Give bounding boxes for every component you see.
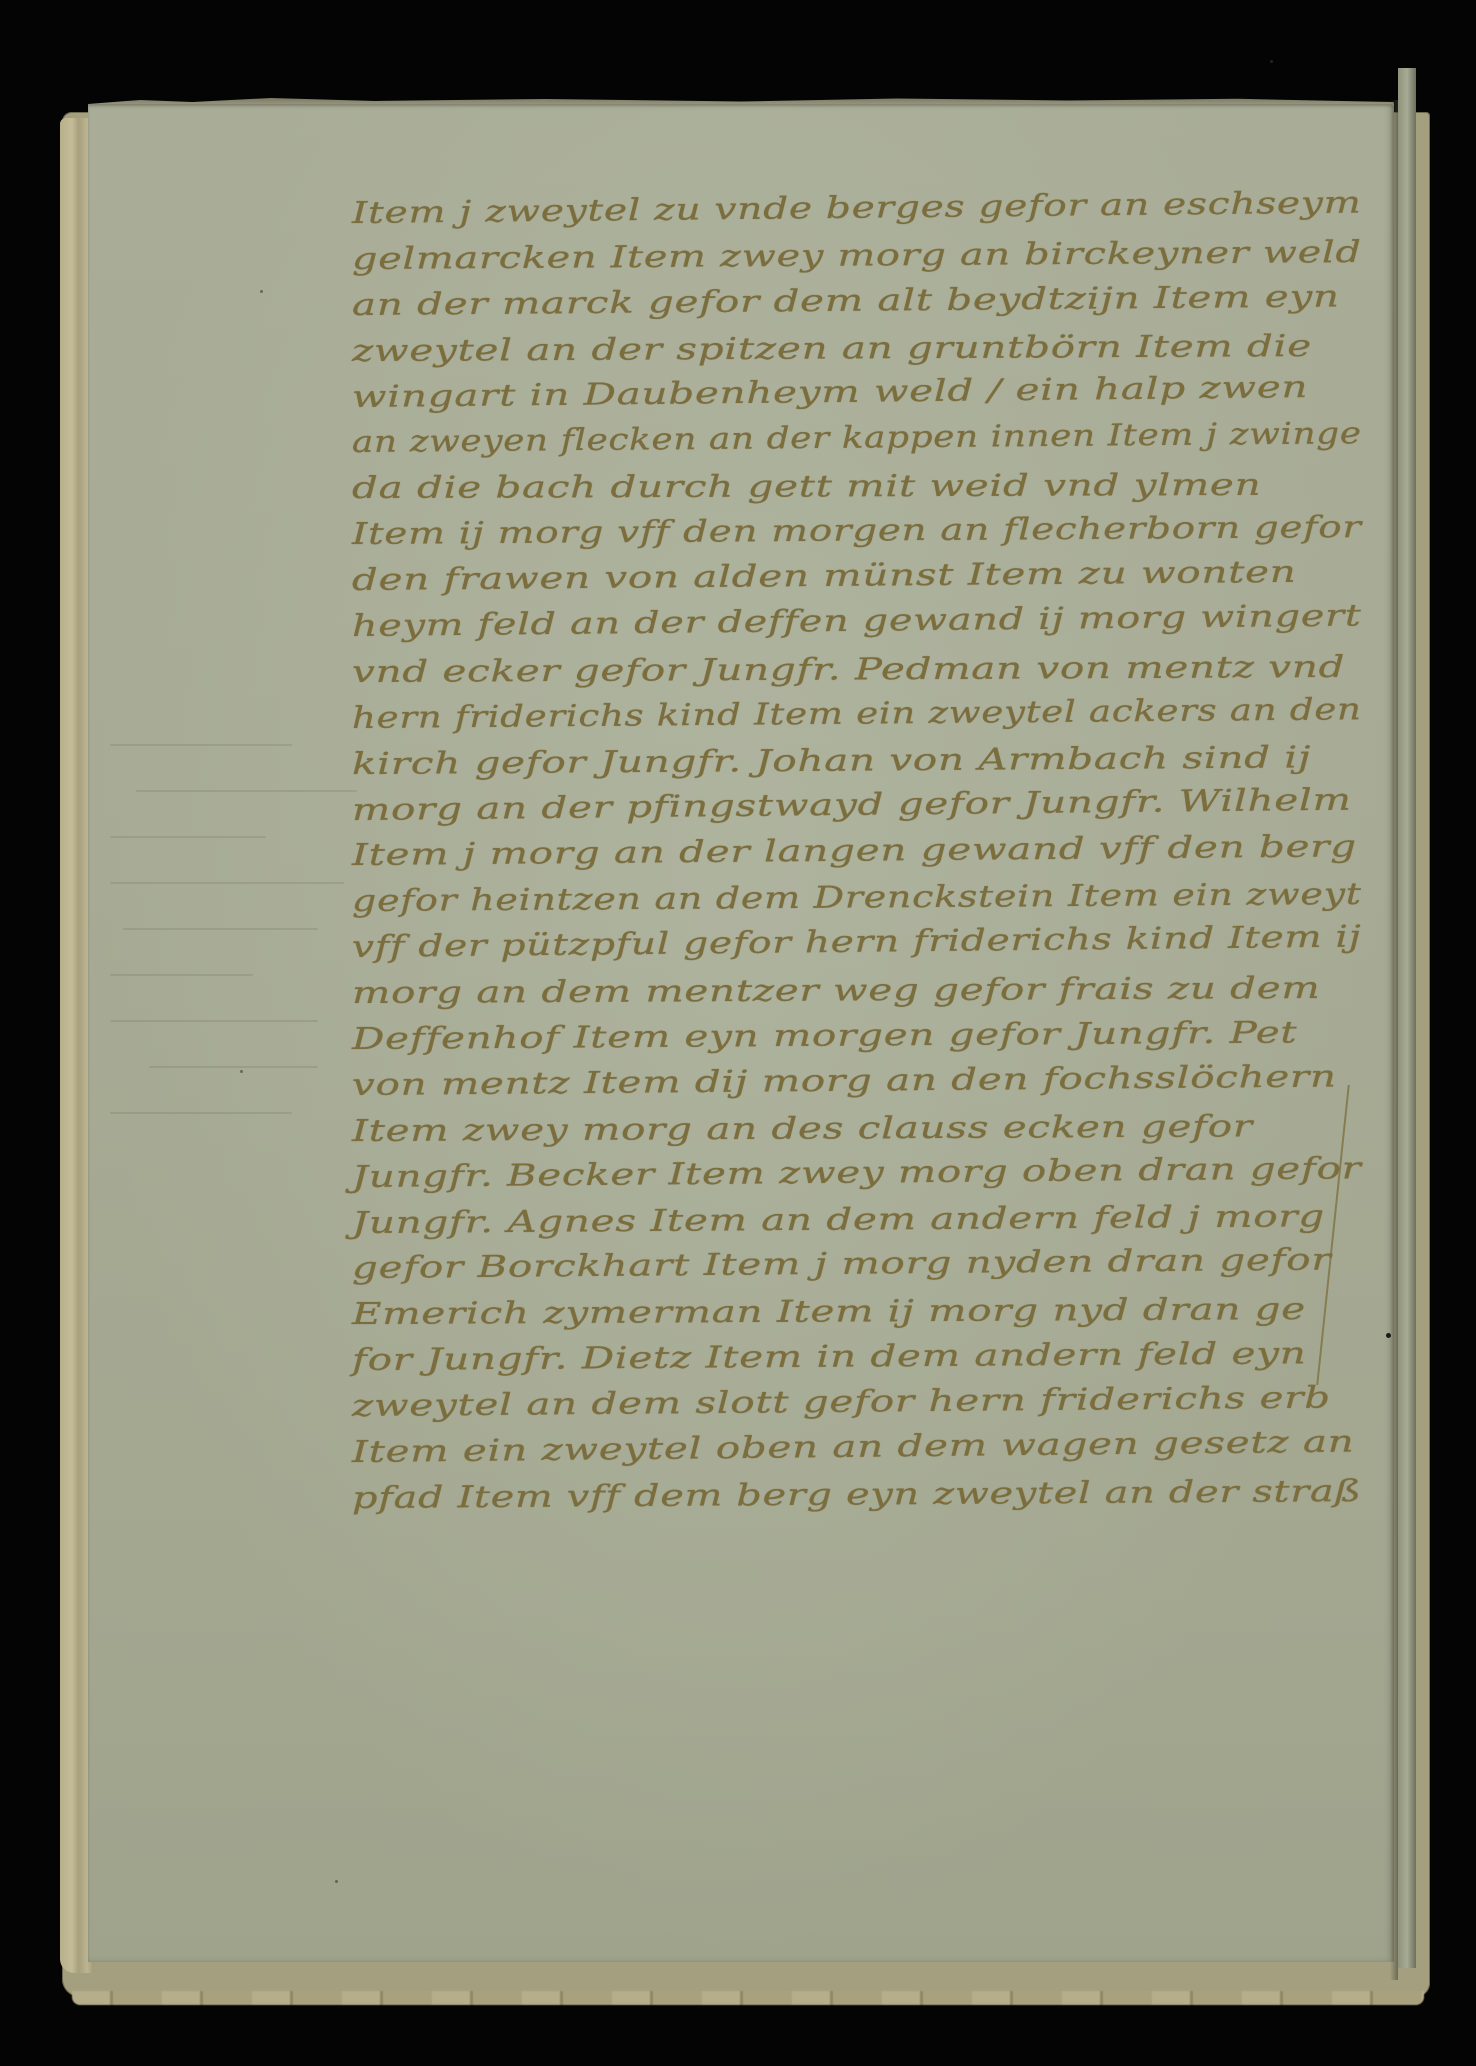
text-line: an zweyen flecken an der kappen innen It… [352, 416, 1392, 471]
ink-dot [1386, 1333, 1391, 1338]
text-line: vff der pützpful gefor hern friderichs k… [352, 919, 1392, 976]
paper-speck [1270, 60, 1273, 63]
text-line: da die bach durch gett mit weid vnd ylme… [352, 468, 1392, 518]
text-line: pfad Item vff dem berg eyn zweytel an de… [352, 1474, 1392, 1527]
text-line: hern friderichs kind Item ein zweytel ac… [352, 692, 1392, 747]
text-line: Jungfr. Becker Item zwey morg oben dran … [352, 1151, 1392, 1206]
text-line: von mentz Item dij morg an den fochsslöc… [352, 1059, 1392, 1114]
text-line: an der marck gefor dem alt beydtzijn Ite… [352, 279, 1392, 334]
paper-speck [260, 290, 263, 293]
binding-board-right [1398, 68, 1416, 1968]
text-line: gefor Borckhart Item j morg nyden dran g… [352, 1242, 1392, 1297]
text-line: Item j morg an der langen gewand vff den… [352, 829, 1392, 884]
bleed-through-marks [110, 700, 370, 1600]
text-line: morg an dem mentzer weg gefor frais zu d… [352, 971, 1392, 1022]
text-line: Item ein zweytel oben an dem wagen geset… [352, 1424, 1392, 1481]
text-line: Emerich zymerman Item ij morg nyd dran g… [352, 1292, 1392, 1343]
paper-speck [335, 1880, 338, 1883]
manuscript-scan: Item j zweytel zu vnde berges gefor an e… [0, 0, 1476, 2066]
text-line: heym feld an der deffen gewand ij morg w… [352, 598, 1392, 655]
paper-speck [240, 1070, 243, 1073]
text-line: Item j zweytel zu vnde berges gefor an e… [352, 185, 1392, 242]
handwritten-text-block: Item j zweytel zu vnde berges gefor an e… [352, 196, 1392, 1527]
